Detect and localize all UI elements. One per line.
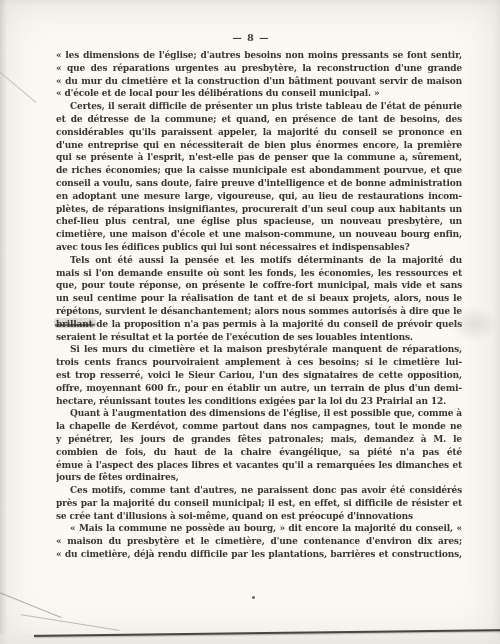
bottom-page-edge [0, 634, 500, 644]
text-line: offre, moyennant 600 fr., pour en établi… [56, 383, 462, 396]
ink-dot [252, 596, 255, 599]
text-line: et de détresse de la commune; et quand, … [56, 114, 462, 127]
text-line: émue à l'aspect des places libres et vac… [56, 460, 462, 473]
text-line: avec tous les édifices publics qui lui s… [56, 242, 462, 255]
text-line: se crée tant d'illusions à soi-même, qua… [56, 511, 462, 524]
text-line: « du cimetière, déjà rendu difficile par… [56, 549, 462, 562]
scan-edge-line [34, 629, 500, 636]
scanned-document-page: — 8 — « les dimensions de l'église; d'au… [0, 0, 500, 644]
text-line: trois cents francs pourvoiraient ampleme… [56, 357, 462, 370]
bottom-left-scratch-mark [21, 614, 120, 631]
text-line: chef-lieu plus central, une église plus … [56, 216, 462, 229]
text-line: Certes, il serait difficile de présenter… [56, 101, 462, 114]
text-line: que, pour toute réponse, on présente le … [56, 280, 462, 293]
top-left-scratch-mark [0, 70, 36, 103]
text-line: plètes, de réparations insignifiantes, p… [56, 204, 462, 217]
text-lines: « les dimensions de l'église; d'autres b… [56, 50, 462, 562]
text-line: considérables qu'ils paraissent appeler,… [56, 127, 462, 140]
text-line: répétons, survient le désanchantement; a… [56, 306, 462, 319]
text-line: « Mais la commune ne possède au bourg, »… [56, 523, 462, 536]
text-line: mais si l'on demande ensuite où sont les… [56, 268, 462, 281]
bottom-left-scratch-mark [0, 591, 62, 618]
text-line: Quant à l'augmentation des dimensions de… [56, 408, 462, 421]
text-line: seraient le résultat et la portée de l'e… [56, 332, 462, 345]
text-line: Tels ont été aussi la pensée et les moti… [56, 255, 462, 268]
text-line: combien de fois, du haut de la chaire év… [56, 447, 462, 460]
text-line: en adoptant une mesure large, vigoureuse… [56, 191, 462, 204]
page-number: — 8 — [56, 33, 446, 44]
left-edge-shading [0, 0, 7, 644]
text-line: d'une entreprise qui en nécessiterait de… [56, 140, 462, 153]
text-line: « d'école et de local pour les délibérat… [56, 88, 462, 101]
text-line: hectare, réunissant toutes les condition… [56, 396, 462, 409]
text-line: de riches économies; que la caisse munic… [56, 165, 462, 178]
text-line: Si les murs du cimetière et la maison pr… [56, 344, 462, 357]
text-line: près par la majorité du conseil municipa… [56, 498, 462, 511]
text-line: y pénétrer, les jours de grandes fêtes p… [56, 434, 462, 447]
text-line: brillant de la proposition n'a pas permi… [56, 319, 462, 332]
text-line: jours de fêtes ordinaires, [56, 472, 462, 485]
text-line: Ces motifs, comme tant d'autres, ne para… [56, 485, 462, 498]
text-line: « les dimensions de l'église; d'autres b… [56, 50, 462, 63]
text-line: « que des réparations urgentes au presby… [56, 63, 462, 76]
text-line: cimetière, une maison d'école et une mai… [56, 229, 462, 242]
text-line: est trop resserré, voici le Sieur Cariou… [56, 370, 462, 383]
text-line: un seul centime pour la réalisation de t… [56, 293, 462, 306]
text-line: « maison du presbytère et le cimetière, … [56, 536, 462, 549]
text-line: conseil a voulu, sans doute, faire preuv… [56, 178, 462, 191]
text-line: qui se présente à l'esprit, n'est-elle p… [56, 152, 462, 165]
text-line: « du mur du cimetière et la construction… [56, 76, 462, 89]
text-line: la chapelle de Kerdévot, comme partout d… [56, 421, 462, 434]
